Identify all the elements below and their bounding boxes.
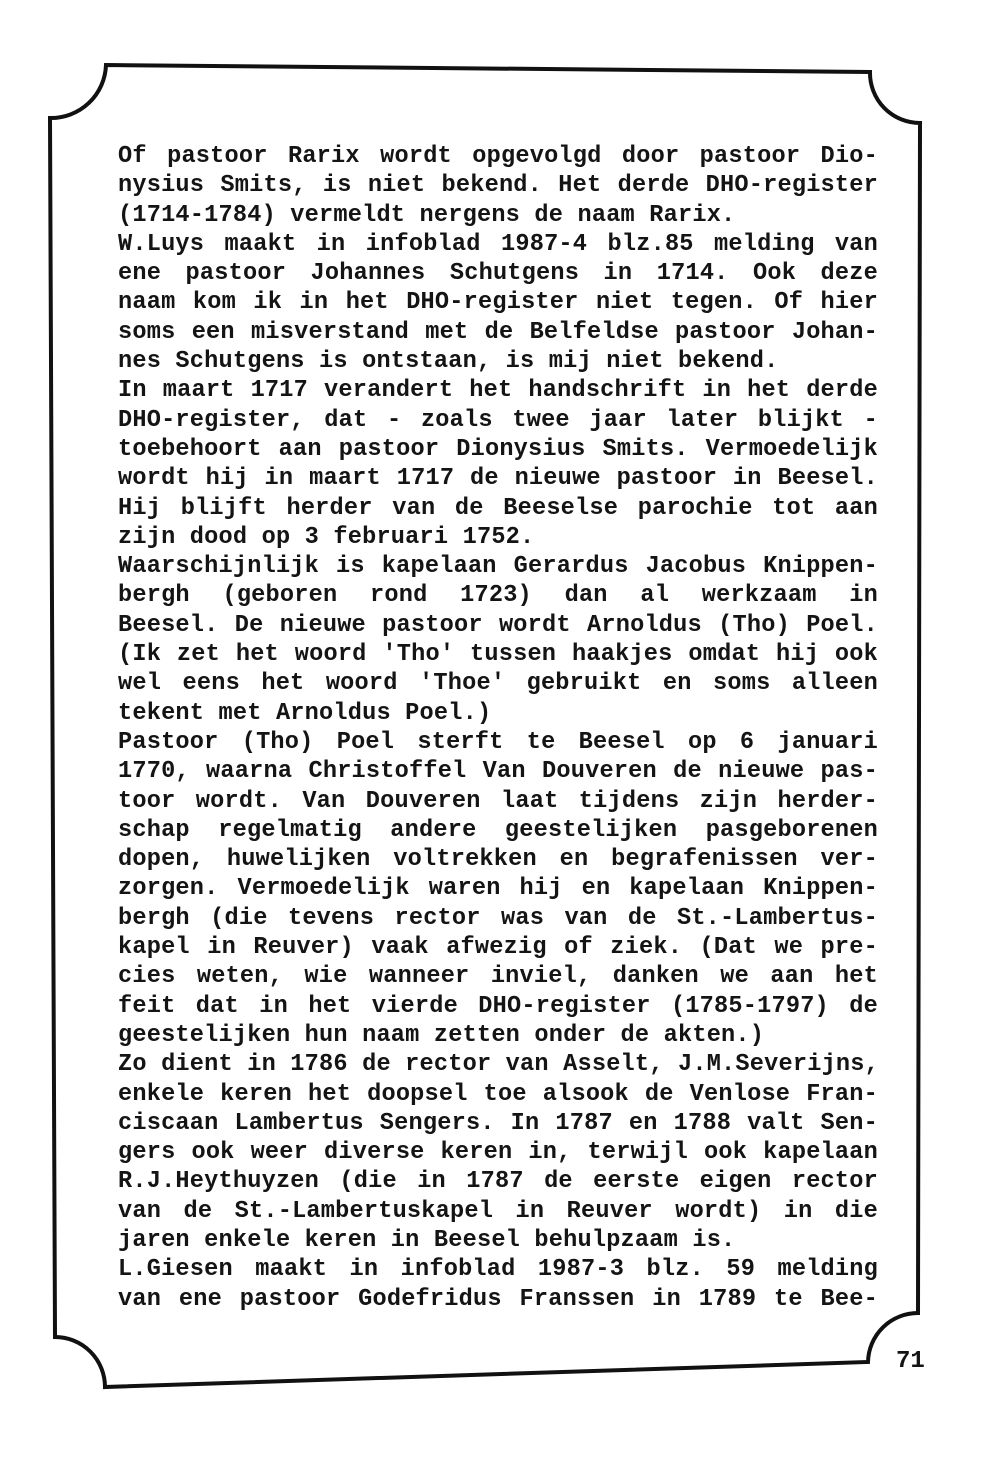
text-line: Zo dient in 1786 de rector van Asselt, J… [118,1050,878,1079]
paragraph: Of pastoor Rarix wordt opgevolgd door pa… [118,142,878,230]
text-line: van de St.-Lambertuskapel in Reuver word… [118,1197,878,1226]
text-line: bergh (geboren rond 1723) dan al werkzaa… [118,581,878,610]
text-line: dopen, huwelijken voltrekken en begrafen… [118,845,878,874]
text-line: (Ik zet het woord 'Tho' tussen haakjes o… [118,640,878,669]
text-line: (1714-1784) vermeldt nergens de naam Rar… [118,201,878,230]
text-line: cies weten, wie wanneer inviel, danken w… [118,962,878,991]
text-line: toor wordt. Van Douveren laat tijdens zi… [118,787,878,816]
text-line: gers ook weer diverse keren in, terwijl … [118,1138,878,1167]
text-line: W.Luys maakt in infoblad 1987-4 blz.85 m… [118,230,878,259]
text-line: ene pastoor Johannes Schutgens in 1714. … [118,259,878,288]
page-number: 71 [896,1348,925,1375]
paragraph: Pastoor (Tho) Poel sterft te Beesel op 6… [118,728,878,1050]
paragraph: Waarschijnlijk is kapelaan Gerardus Jaco… [118,552,878,728]
text-line: wel eens het woord 'Thoe' gebruikt en so… [118,669,878,698]
text-line: toebehoort aan pastoor Dionysius Smits. … [118,435,878,464]
text-line: zijn dood op 3 februari 1752. [118,523,878,552]
text-line: naam kom ik in het DHO-register niet teg… [118,288,878,317]
paragraph: In maart 1717 verandert het handschrift … [118,376,878,552]
text-line: 1770, waarna Christoffel Van Douveren de… [118,757,878,786]
text-line: Waarschijnlijk is kapelaan Gerardus Jaco… [118,552,878,581]
paragraph: Zo dient in 1786 de rector van Asselt, J… [118,1050,878,1255]
paragraph: L.Giesen maakt in infoblad 1987-3 blz. 5… [118,1255,878,1314]
text-line: wordt hij in maart 1717 de nieuwe pastoo… [118,464,878,493]
text-line: kapel in Reuver) vaak afwezig of ziek. (… [118,933,878,962]
text-line: L.Giesen maakt in infoblad 1987-3 blz. 5… [118,1255,878,1284]
text-line: Pastoor (Tho) Poel sterft te Beesel op 6… [118,728,878,757]
text-line: In maart 1717 verandert het handschrift … [118,376,878,405]
text-line: DHO-register, dat - zoals twee jaar late… [118,406,878,435]
text-line: bergh (die tevens rector was van de St.-… [118,904,878,933]
text-line: geestelijken hun naam zetten onder de ak… [118,1021,878,1050]
text-line: jaren enkele keren in Beesel behulpzaam … [118,1226,878,1255]
text-line: R.J.Heythuyzen (die in 1787 de eerste ei… [118,1167,878,1196]
text-line: Of pastoor Rarix wordt opgevolgd door pa… [118,142,878,171]
text-line: van ene pastoor Godefridus Franssen in 1… [118,1285,878,1314]
text-line: schap regelmatig andere geestelijken pas… [118,816,878,845]
paragraph: W.Luys maakt in infoblad 1987-4 blz.85 m… [118,230,878,376]
text-line: Beesel. De nieuwe pastoor wordt Arnoldus… [118,611,878,640]
body-text: Of pastoor Rarix wordt opgevolgd door pa… [118,142,878,1314]
text-line: nysius Smits, is niet bekend. Het derde … [118,171,878,200]
text-line: zorgen. Vermoedelijk waren hij en kapela… [118,874,878,903]
text-line: Hij blijft herder van de Beeselse paroch… [118,494,878,523]
text-line: ciscaan Lambertus Sengers. In 1787 en 17… [118,1109,878,1138]
text-line: nes Schutgens is ontstaan, is mij niet b… [118,347,878,376]
text-line: tekent met Arnoldus Poel.) [118,699,878,728]
text-line: soms een misverstand met de Belfeldse pa… [118,318,878,347]
text-line: enkele keren het doopsel toe alsook de V… [118,1080,878,1109]
text-line: feit dat in het vierde DHO-register (178… [118,992,878,1021]
